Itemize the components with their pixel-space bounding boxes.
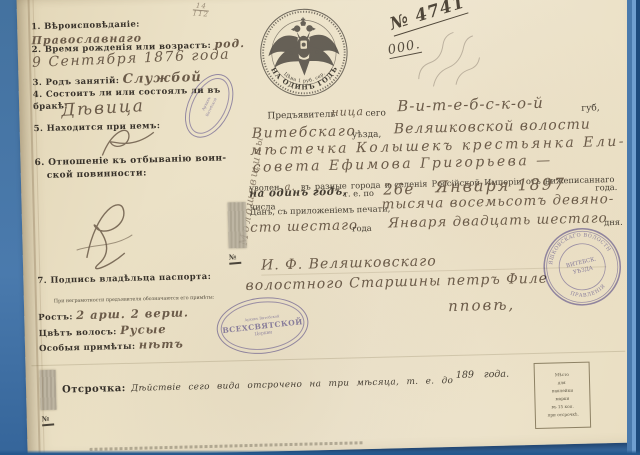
deferral-text: Дѣйствіе сего вида отсрочено на три мѣся… [131, 376, 454, 394]
field-military: 6. Отношеніе къ отбыванію воин- ской пов… [34, 152, 240, 183]
no-mark-margin: № [228, 252, 240, 265]
body-gub: губ, [581, 103, 600, 115]
field-occupation-label: 3. Родъ занятій: [32, 76, 119, 88]
body-uyezd-name: Витебскаго [252, 123, 357, 142]
deferral-line: Отсрочка: Дѣйствіе сего вида отсрочено н… [62, 368, 454, 397]
body-presenter-suffix: ница [331, 105, 364, 119]
body-presenter-printed: Предъявитель [267, 110, 335, 123]
stamp-box-line2: для [558, 381, 566, 385]
stamp-box-line5: въ 15 коп. [551, 405, 573, 410]
signature-line-3: пповѣ, [448, 295, 516, 315]
stamp-box-line3: наклейки [552, 389, 573, 394]
literacy-note: При неграмотности предъявителя обозначаю… [54, 295, 215, 305]
archive-fraction-bottom: 112 [192, 9, 209, 18]
field-height-value: 2 арш. 2 верш. [76, 305, 189, 322]
photo-edge-bottom [0, 450, 640, 455]
tape-strip-margin [228, 202, 247, 248]
body-province: В-и-т-е-б-с-к-о-й [397, 94, 544, 116]
field-marks-label: Особыя примѣты: [39, 342, 136, 354]
field-height-label: Ростъ: [38, 312, 73, 323]
field-religion-label: 1. Вѣроисповѣданіе: [31, 20, 140, 33]
field-hair-value: Русые [120, 322, 167, 337]
military-flourish [73, 189, 195, 274]
deferral-year-suffix: года. [484, 369, 510, 381]
passport-sheet: 1. Вѣроисповѣданіе: Православнаго 2. Вре… [16, 0, 639, 455]
deferral-year: 189 [456, 369, 474, 381]
body-sego: сего [365, 109, 386, 121]
no-mark-bottom: № [41, 413, 53, 426]
double-headed-eagle-icon [268, 17, 340, 77]
volost-round-stamp: ВЕЛЯШКОВСКАГО ВОЛОСТНАГО ПРАВЛЕНІЯ ВИТЕБ… [533, 217, 632, 316]
body-year-words-2: сто шестаго [250, 217, 358, 236]
field-marks-value: нѣтъ [139, 337, 184, 352]
deferral-label: Отсрочка: [62, 383, 126, 396]
body-volost: Веляшковской волости [394, 117, 591, 138]
field-signature-label: 7. Подпись владѣльца паспорта: [37, 270, 247, 287]
stamp-box-line1: Мѣсто [555, 373, 569, 378]
stamp-box-line4: марки [555, 397, 569, 402]
body-term-bold: на одинъ годъ, [249, 186, 347, 202]
body-given-printed: Данъ, съ приложеніемъ печати, [250, 203, 391, 217]
passport-photo: { "document": { "left_items": { "i1_labe… [0, 0, 640, 455]
field-marks: Особыя примѣты: нѣтъ [39, 336, 184, 356]
church-oval-stamp: Архивъ Витебской ВСЕХСВЯТСКОЙ Церкви [214, 293, 312, 359]
archive-fraction: 14 112 [192, 2, 210, 18]
stamp-place-box: Мѣсто для наклейки марки въ 15 коп. при … [534, 362, 592, 429]
imperial-seal: Цѣна 1 руб. сер. НА ОДИНЪ ГОДЪ [255, 3, 353, 101]
body-goda-2: года [352, 223, 372, 234]
body-te-po: т. е. по [343, 188, 374, 199]
field-marital-value: Дѣвица [61, 96, 146, 121]
stamp-box-line6: при отсрочкѣ. [547, 413, 578, 418]
tape-strip-bottom [40, 370, 57, 410]
photo-edge-right [627, 0, 640, 455]
